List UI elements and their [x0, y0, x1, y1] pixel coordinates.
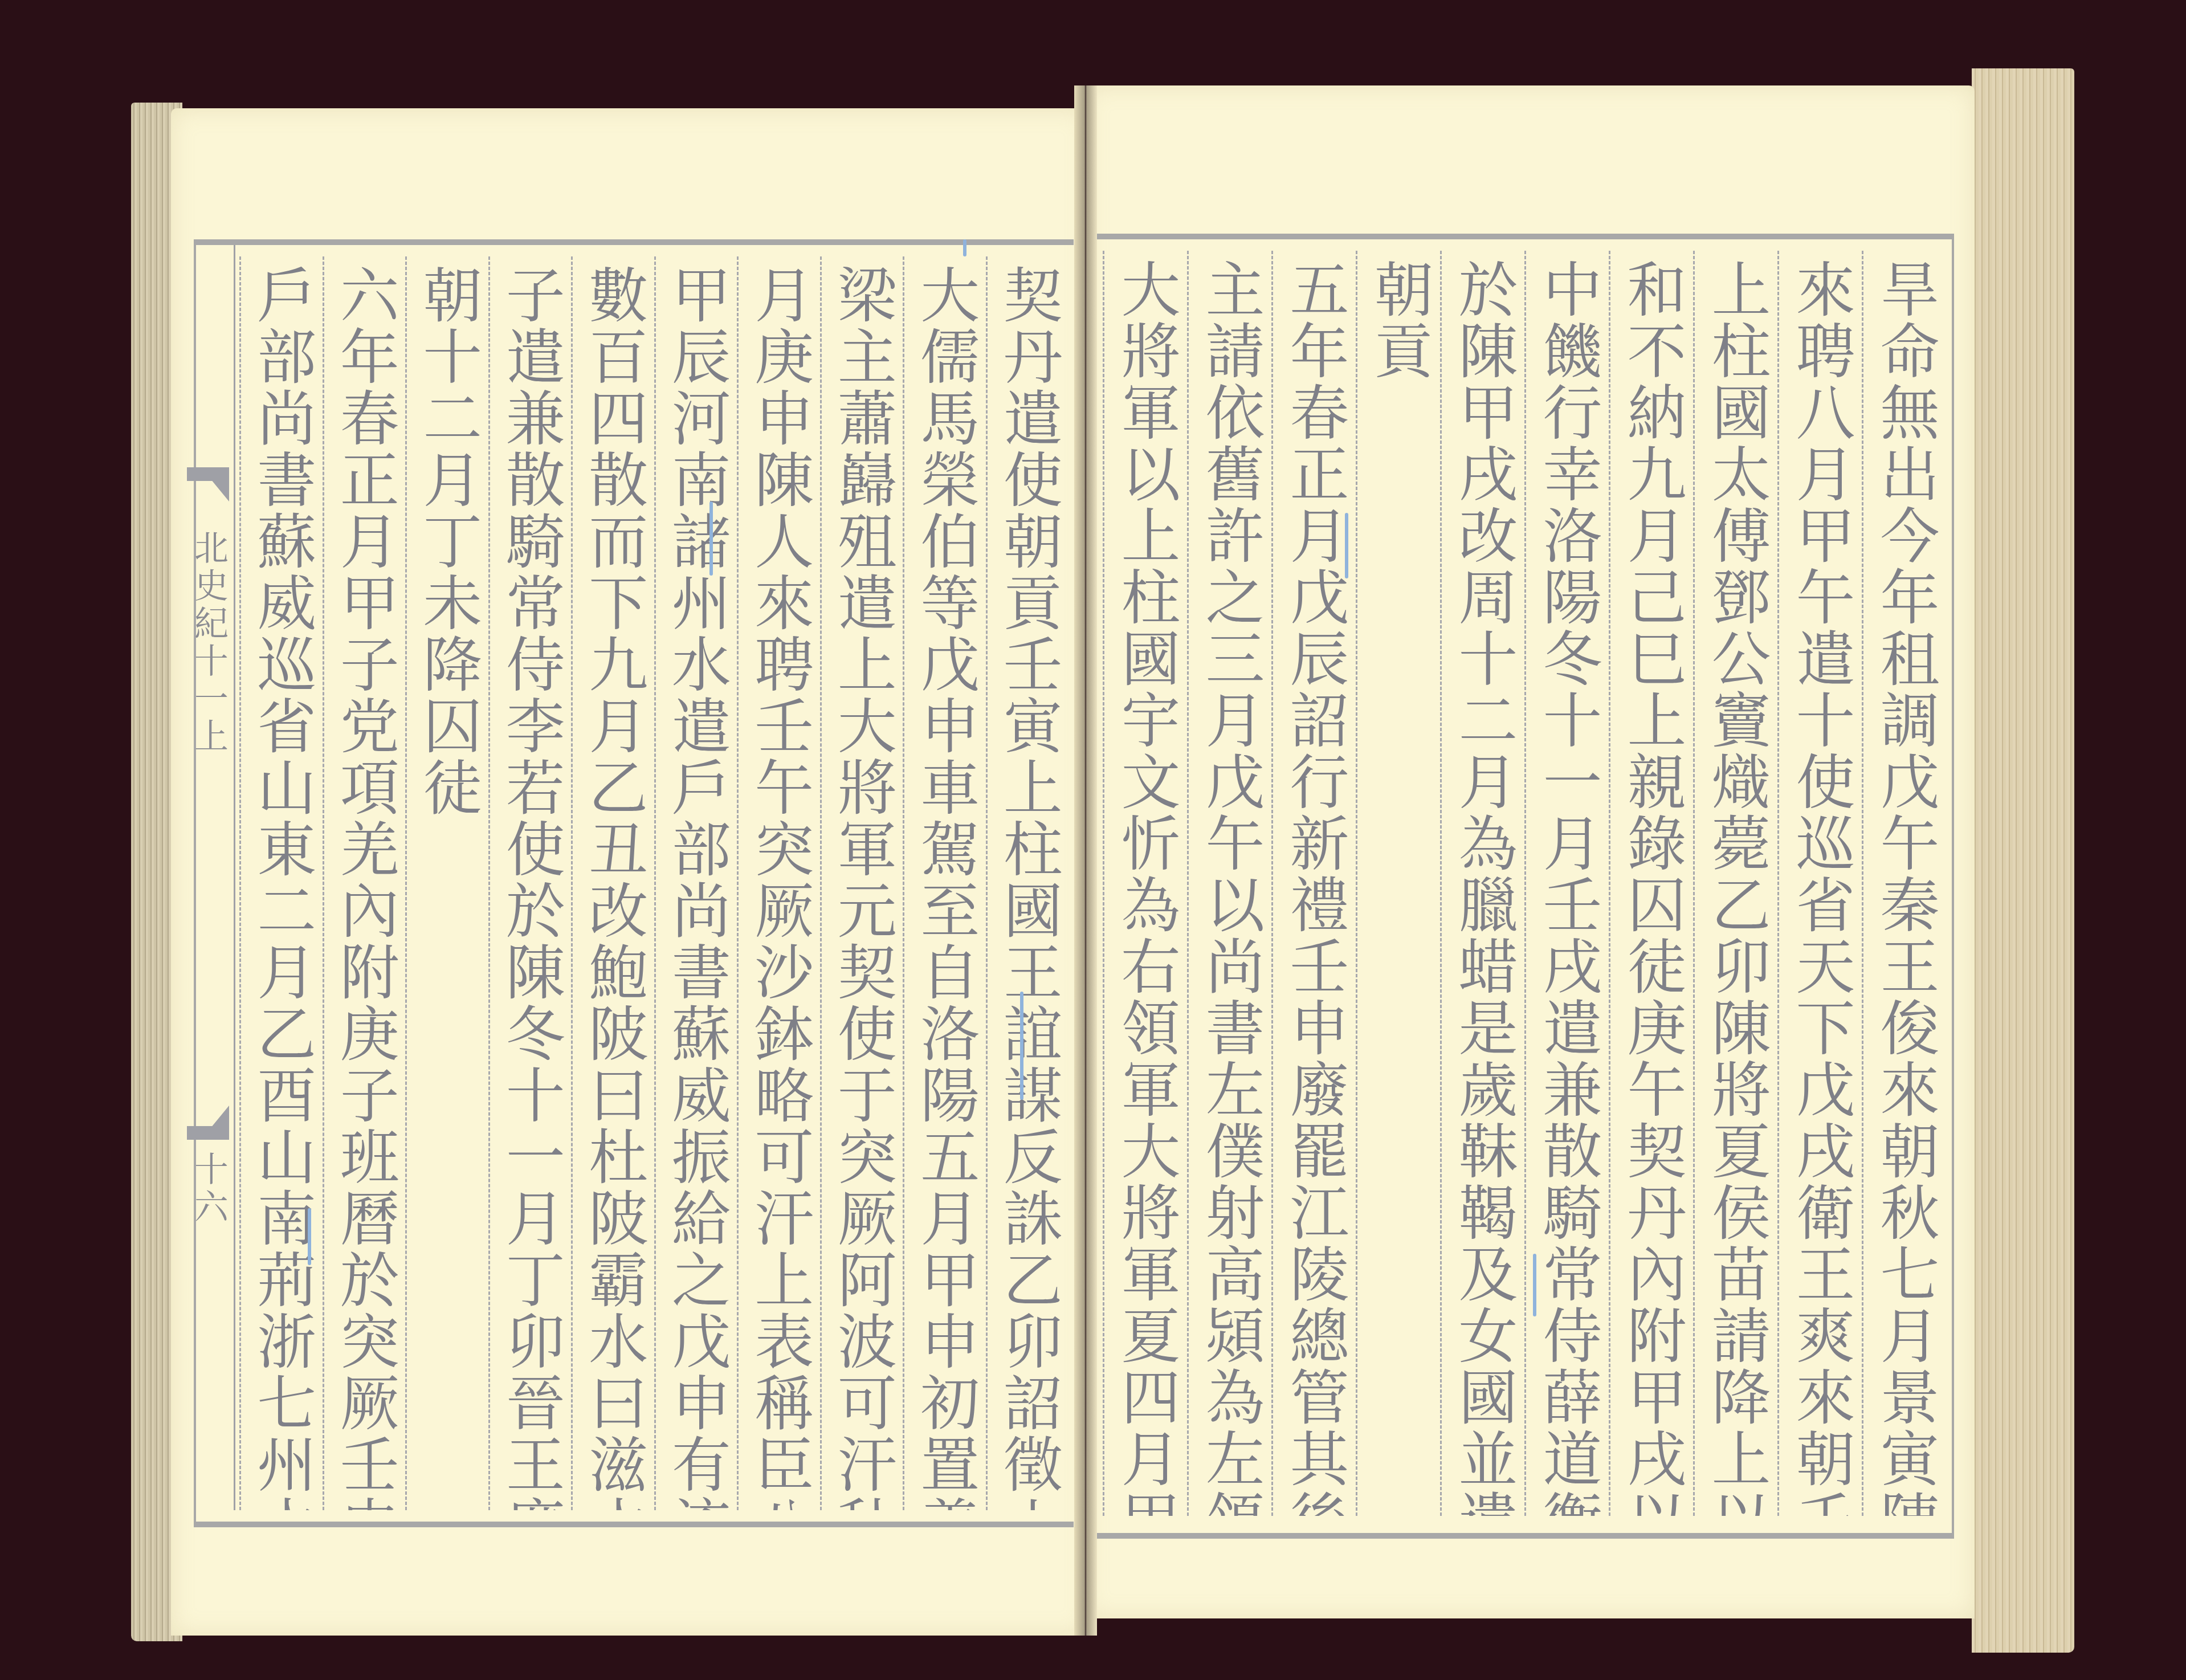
annotation-mark [1345, 513, 1348, 578]
annotation-mark [1020, 992, 1023, 1100]
right-page-stack [1972, 68, 2074, 1653]
text-column: 契丹遣使朝貢壬寅上柱國王誼謀反誅乙卯詔徵山東 [986, 256, 1069, 1510]
annotation-mark [709, 501, 713, 576]
text-column: 旱命無出今年租調戊午秦王俊來朝秋七月景寅陳人 [1862, 251, 1946, 1516]
right-page-text: 旱命無出今年租調戊午秦王俊來朝秋七月景寅陳人 來聘八月甲午遣十使巡省天下戊戌衛王… [1103, 251, 1946, 1516]
fold-margin-title: 北史紀十一上 [190, 530, 227, 756]
text-column: 主請依舊許之三月戊午以尚書左僕射高熲為左領軍 [1187, 251, 1271, 1516]
annotation-mark [308, 1208, 311, 1265]
text-column: 上柱國太傅鄧公竇熾薨乙卯陳將夏侯苗請降上以通 [1693, 251, 1777, 1516]
fold-margin: 北史紀十一上 十六 [182, 245, 235, 1510]
text-column: 和不納九月己巳上親錄囚徒庚午契丹內附甲戌以關 [1609, 251, 1693, 1516]
left-page-text: 契丹遣使朝貢壬寅上柱國王誼謀反誅乙卯詔徵山東 大儒馬榮伯等戊申車駕至自洛陽五月甲… [239, 256, 1068, 1510]
text-column: 於陳甲戌改周十二月為臘蜡是歲靺鞨及女國並遣使 [1440, 251, 1524, 1516]
text-column: 甲辰河南諸州水遣戶部尚書蘇威振給之戊申有流星 [654, 256, 737, 1510]
text-column: 梁主蕭巋殂遣上大將軍元契使于突厥阿波可汗秋七 [820, 256, 903, 1510]
text-column: 朝貢 [1356, 251, 1440, 1516]
text-column: 朝十二月丁未降囚徒 [405, 256, 488, 1510]
text-column: 月庚申陳人來聘壬午突厥沙鉢略可汗上表稱臣八月 [737, 256, 820, 1510]
text-column: 大儒馬榮伯等戊申車駕至自洛陽五月甲申初置義倉 [903, 256, 986, 1510]
text-column: 大將軍以上柱國宇文忻為右領軍大將軍夏四月甲午 [1103, 251, 1187, 1516]
text-column: 數百四散而下九月乙丑改鮑陂曰杜陂霸水曰滋水景 [571, 256, 654, 1510]
fishtail-top-icon [187, 467, 229, 501]
fold-margin-page-number: 十六 [190, 1151, 227, 1226]
text-column: 來聘八月甲午遣十使巡省天下戊戌衛王爽來朝壬寅 [1777, 251, 1862, 1516]
text-column: 戶部尚書蘇威巡省山東二月乙酉山南荊浙七州水遣 [239, 256, 323, 1510]
text-column: 子遣兼散騎常侍李若使於陳冬十一月丁卯晉王廣來 [488, 256, 572, 1510]
annotation-mark [1533, 1254, 1536, 1316]
book-gutter [1074, 85, 1097, 1636]
text-column: 五年春正月戊辰詔行新禮壬申廢罷江陵總管其後梁 [1271, 251, 1356, 1516]
open-book: 北史紀十一上 十六 旱命無出今年租調戊午秦王俊來朝秋七月景寅陳人 來聘八月甲午遣… [0, 0, 2186, 1680]
text-column: 六年春正月甲子党項羌內附庚子班曆於突厥壬申使 [323, 256, 406, 1510]
text-column: 中饑行幸洛陽冬十一月壬戌遣兼散騎常侍薛道衡使 [1524, 251, 1609, 1516]
annotation-mark [963, 239, 966, 256]
fishtail-bottom-icon [187, 1106, 229, 1140]
